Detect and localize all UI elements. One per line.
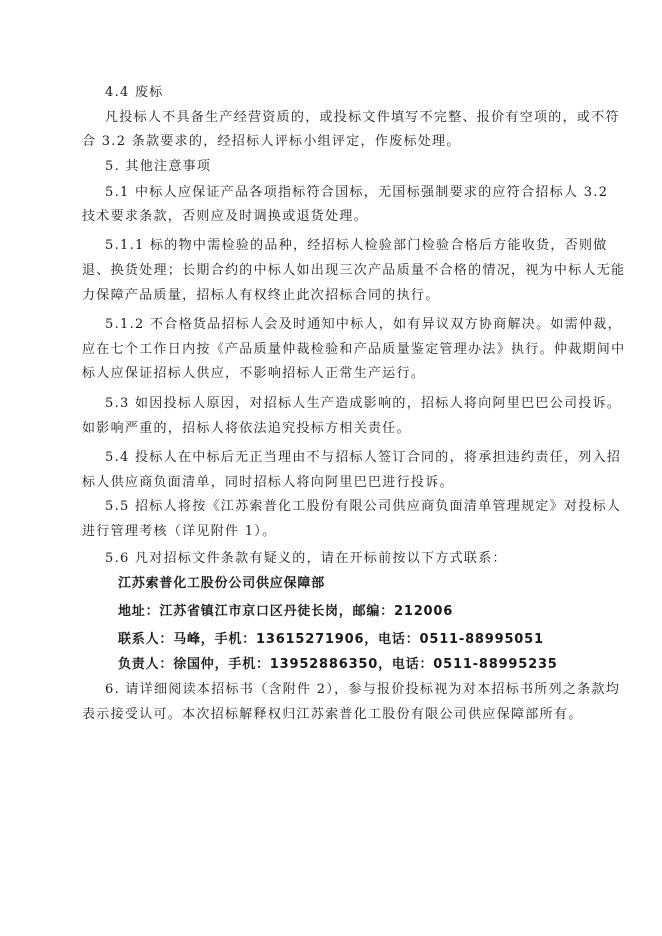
- text-line: 5.1.1 标的物中需检验的品种，经招标人检验部门检验合格后方能收货，否则做: [105, 237, 582, 255]
- text-line: 应在七个工作日内按《产品质量仲裁检验和产品质量鉴定管理办法》执行。仲裁期间中: [82, 341, 582, 359]
- text-line: 退、换货处理；长期合约的中标人如出现三次产品质量不合格的情况，视为中标人无能: [82, 262, 582, 280]
- text-line: 5.5 招标人将按《江苏索普化工股份有限公司供应商负面清单管理规定》对投标人: [105, 498, 582, 516]
- contact-person: 联系人：马峰，手机：13615271906，电话：0511-88995051: [118, 631, 618, 649]
- document-page: 4.4 废标凡投标人不具备生产经营资质的，或投标文件填写不完整、报价有空项的，或…: [0, 0, 662, 936]
- text-line: 5. 其他注意事项: [105, 158, 582, 176]
- text-line: 标人应保证招标人供应，不影响招标人正常生产运行。: [82, 365, 582, 383]
- closing-line-2: 表示接受认可。本次招标解释权归江苏索普化工股份有限公司供应保障部所有。: [82, 706, 582, 724]
- text-line: 5.6 凡对招标文件条款有疑义的，请在开标前按以下方式联系：: [105, 550, 582, 568]
- text-line: 5.1.2 不合格货品招标人会及时通知中标人，如有异议双方协商解决。如需仲裁，: [105, 316, 582, 334]
- responsible-person: 负责人：徐国仲，手机：13952886350，电话：0511-88995235: [118, 656, 618, 674]
- text-line: 5.4 投标人在中标后无正当理由不与招标人签订合同的，将承担违约责任，列入招: [105, 449, 582, 467]
- text-line: 凡投标人不具备生产经营资质的，或投标文件填写不完整、报价有空项的，或不符: [105, 109, 582, 127]
- text-line: 4.4 废标: [105, 84, 582, 102]
- text-line: 合 3.2 条款要求的，经招标人评标小组评定，作废标处理。: [82, 133, 582, 151]
- text-line: 技术要求条款，否则应及时调换或退货处理。: [82, 208, 582, 226]
- closing-line-1: 6. 请详细阅读本招标书（含附件 2），参与报价投标视为对本招标书所列之条款均: [105, 681, 582, 699]
- text-line: 5.3 如因投标人原因，对招标人生产造成影响的，招标人将向阿里巴巴公司投诉。: [105, 395, 582, 413]
- contact-address: 地址：江苏省镇江市京口区丹徒长岗，邮编：212006: [118, 603, 618, 621]
- text-line: 5.1 中标人应保证产品各项指标符合国标，无国标强制要求的应符合招标人 3.2: [105, 184, 582, 202]
- text-line: 如影响严重的，招标人将依法追究投标方相关责任。: [82, 420, 582, 438]
- text-line: 力保障产品质量，招标人有权终止此次招标合同的执行。: [82, 287, 582, 305]
- contact-department: 江苏索普化工股份公司供应保障部: [118, 575, 618, 593]
- text-line: 标人供应商负面清单，同时招标人将向阿里巴巴进行投诉。: [82, 474, 582, 492]
- text-line: 进行管理考核（详见附件 1）。: [82, 523, 582, 541]
